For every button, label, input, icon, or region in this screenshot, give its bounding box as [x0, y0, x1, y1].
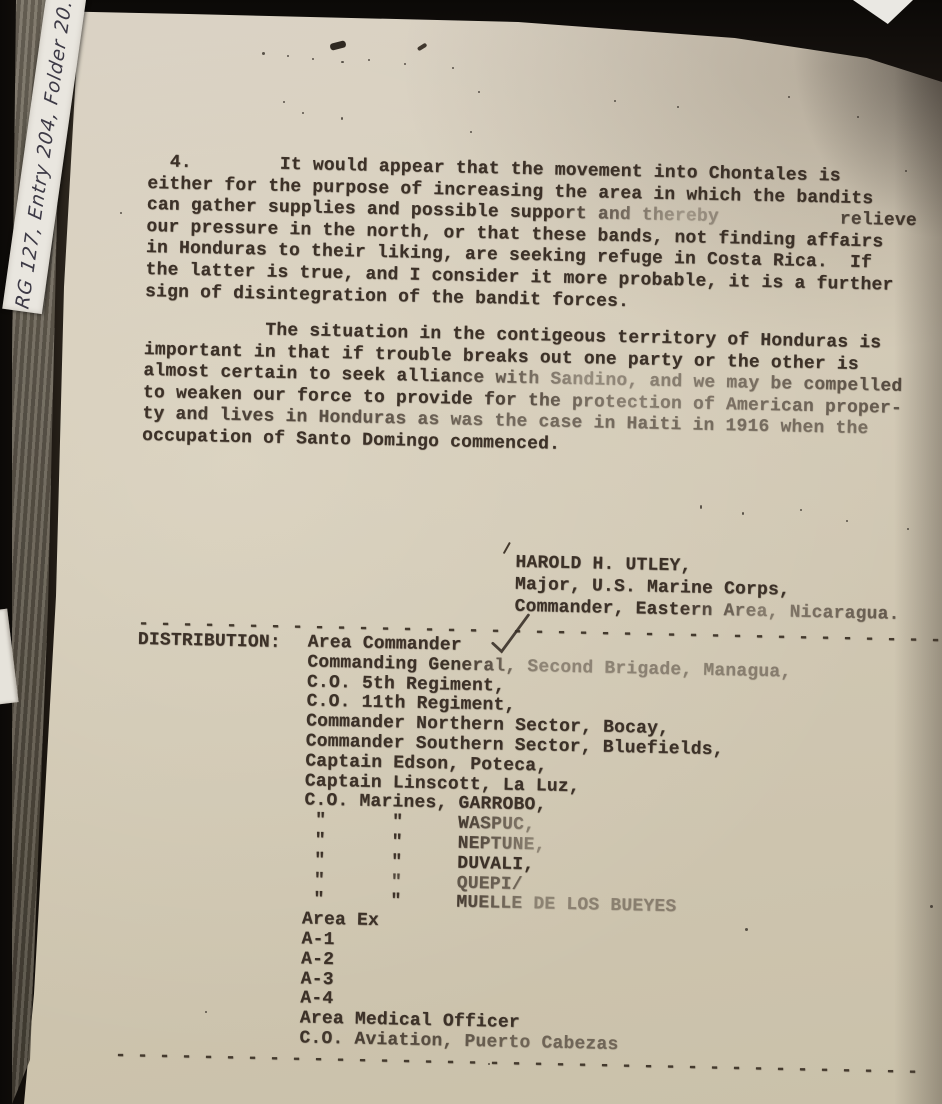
- ink-speck: [404, 63, 406, 65]
- ink-speck: [452, 67, 454, 69]
- signature-block: HAROLD H. UTLEY, Major, U.S. Marine Corp…: [514, 553, 900, 626]
- ink-speck: [857, 116, 859, 118]
- ink-speck: [742, 512, 744, 515]
- distribution-heading: DISTRIBUTION:: [138, 630, 281, 655]
- checkmark-icon: [486, 609, 533, 654]
- ink-speck: [205, 1011, 207, 1013]
- ink-speck: [341, 117, 343, 120]
- paragraph-4: 4. It would appear that the movement int…: [145, 152, 918, 319]
- ink-speck: [478, 91, 480, 93]
- ink-speck: [846, 520, 848, 522]
- ink-speck: [283, 101, 285, 103]
- ink-speck: [470, 131, 472, 133]
- ink-speck: [930, 905, 933, 908]
- ink-speck: [368, 59, 370, 61]
- ink-speck: [341, 61, 344, 63]
- ink-speck: [302, 112, 304, 114]
- distribution-label: DISTRIBUTION:: [138, 630, 281, 655]
- ink-speck: [614, 100, 616, 102]
- ink-speck: [745, 928, 748, 931]
- ink-speck: [312, 58, 314, 60]
- ink-speck: [788, 96, 790, 98]
- ink-speck: [262, 52, 265, 55]
- ink-speck: [700, 505, 702, 509]
- ink-speck: [287, 55, 289, 57]
- ink-speck: [907, 528, 909, 530]
- scanned-page: 4. It would appear that the movement int…: [0, 0, 942, 1104]
- paragraph-5: The situation in the contigeous territor…: [142, 318, 904, 463]
- ink-speck: [488, 1063, 490, 1065]
- ink-speck: [120, 212, 122, 214]
- ink-speck: [905, 170, 907, 172]
- ink-speck: [677, 106, 679, 108]
- ink-speck: [800, 509, 802, 511]
- distribution-list: Area Commander Commanding General, Secon…: [299, 633, 792, 1059]
